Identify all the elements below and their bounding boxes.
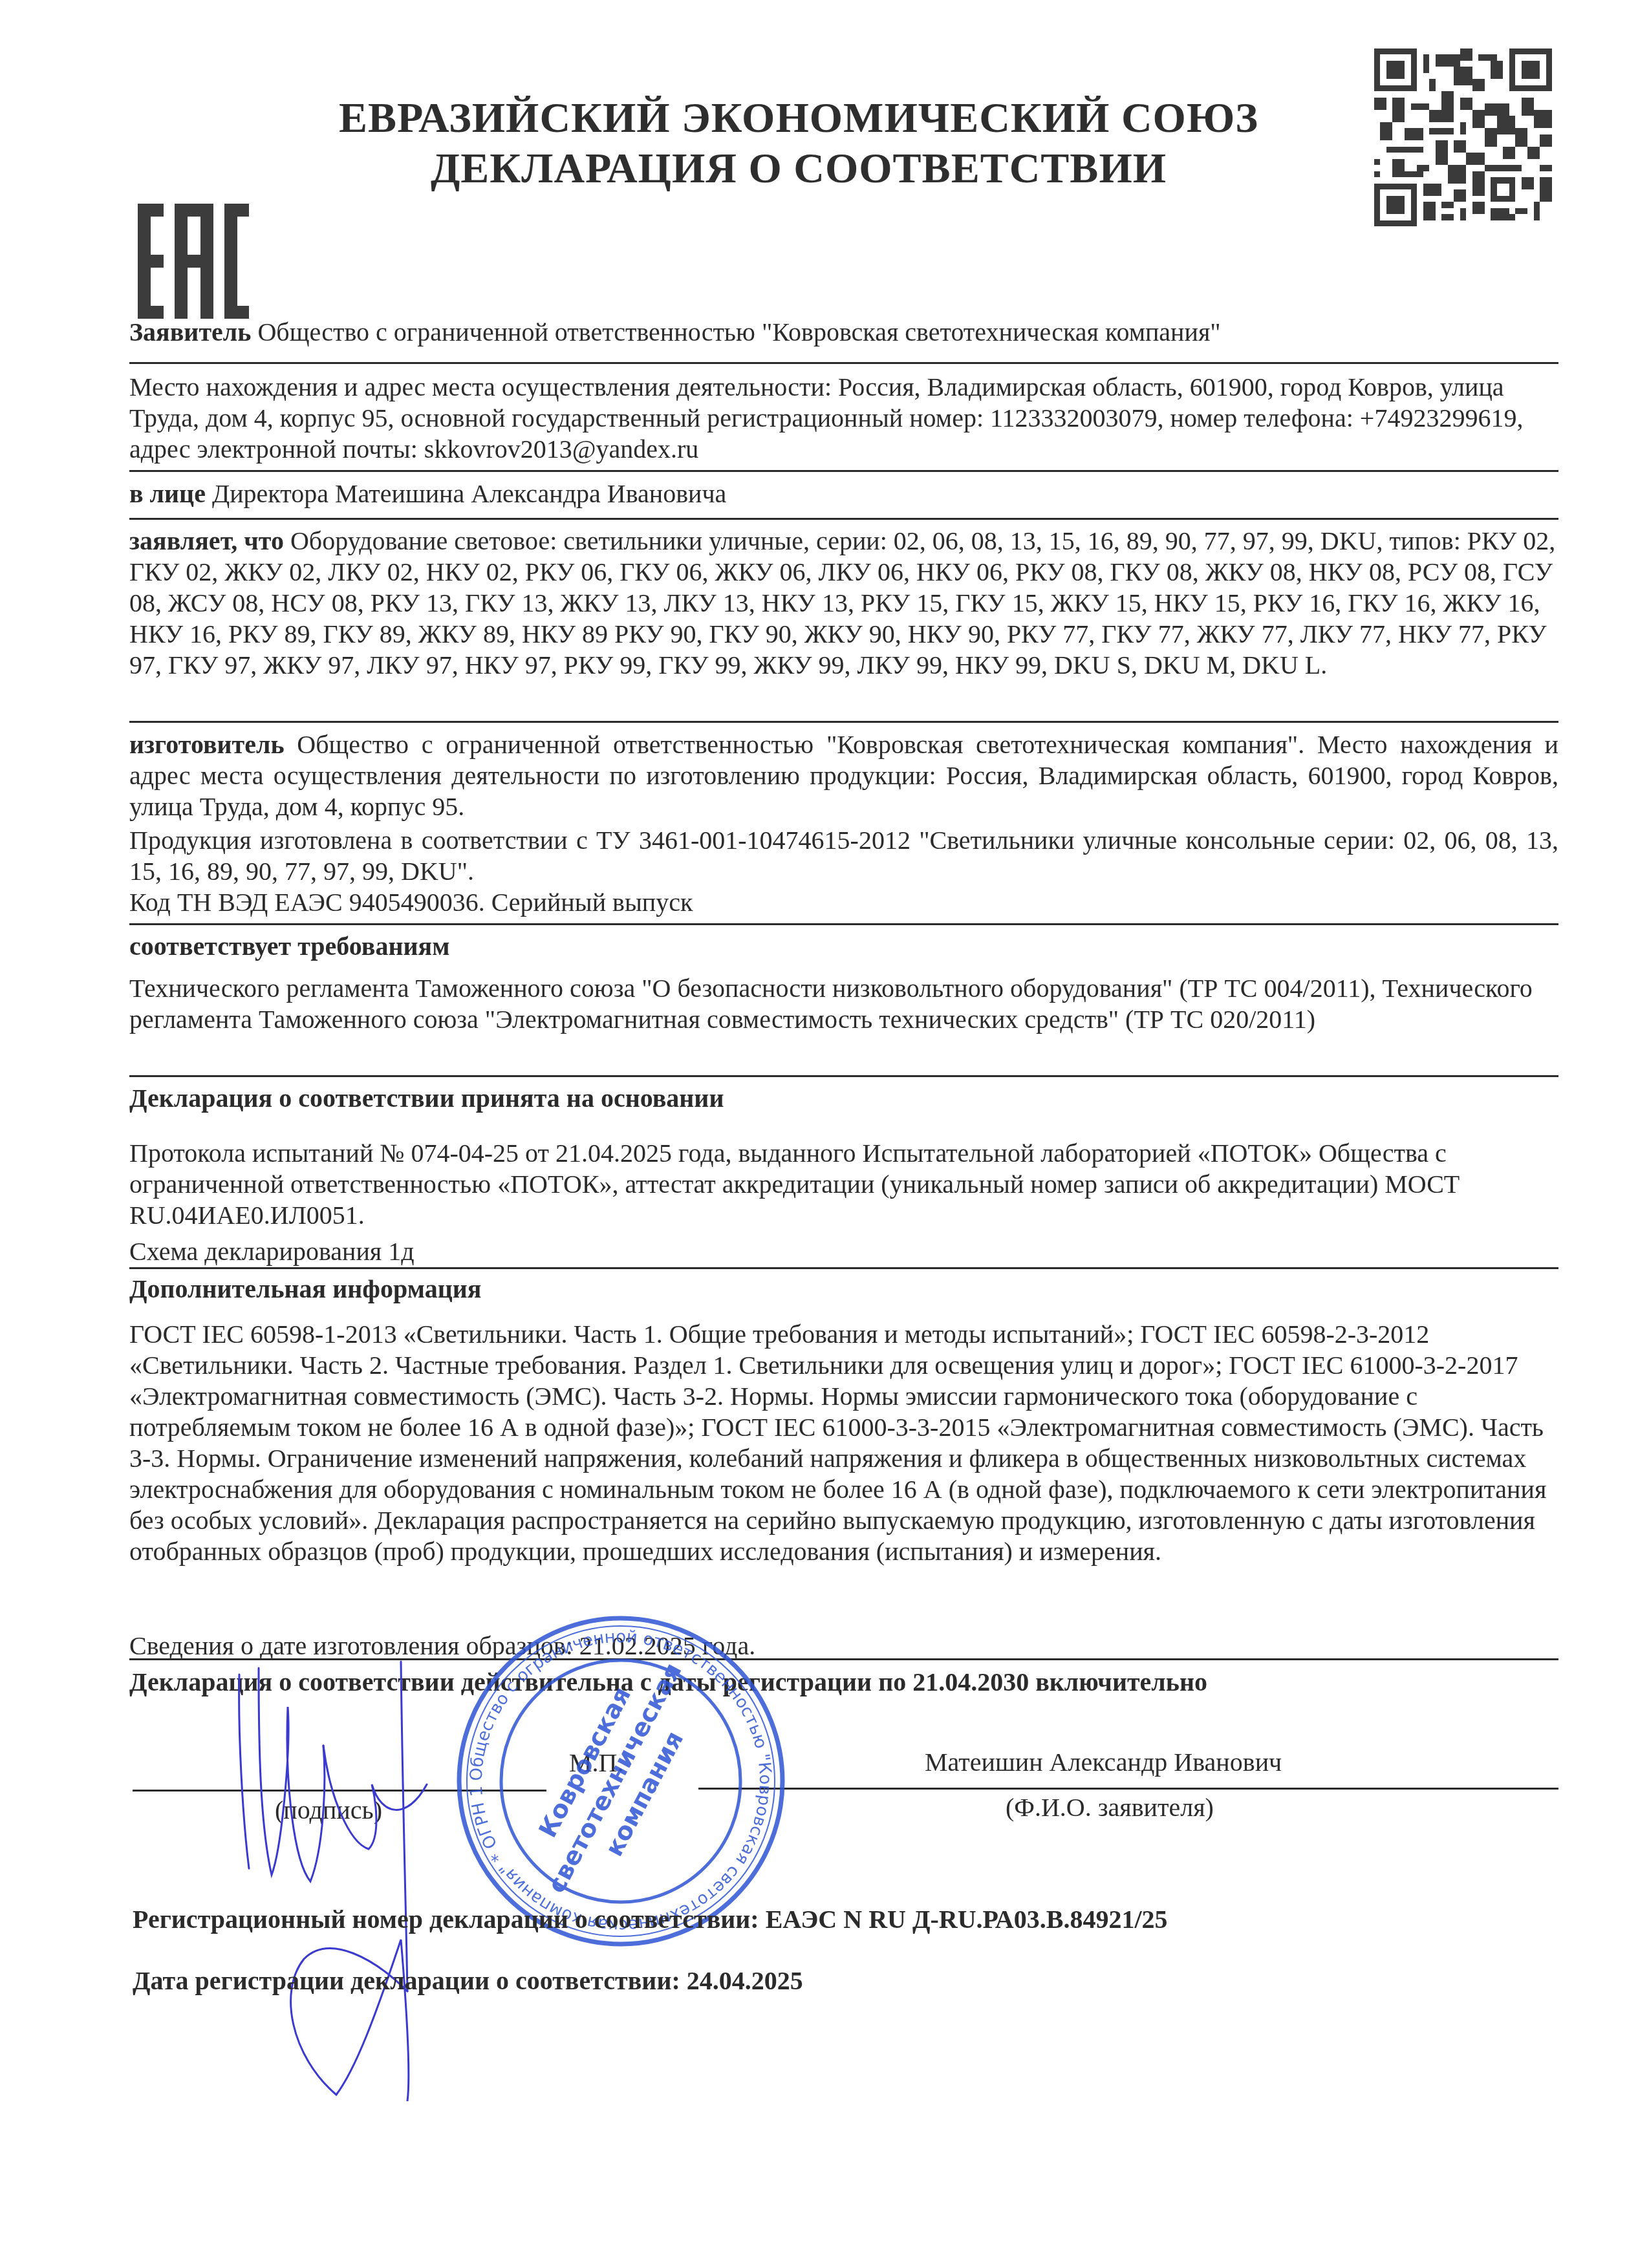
name-line	[698, 1788, 1558, 1790]
registration-date-value: 24.04.2025	[680, 1966, 803, 1995]
registration-date: Дата регистрации декларации о соответств…	[133, 1965, 803, 1996]
divider	[129, 362, 1558, 364]
divider	[129, 923, 1558, 925]
manufacturer-block: изготовитель Общество с ограниченной отв…	[129, 729, 1558, 822]
company-stamp-icon: Общество с ограниченной ответственностью…	[453, 1613, 789, 1949]
registration-number-value: ЕАЭС N RU Д-RU.РА03.В.84921/25	[759, 1905, 1168, 1934]
address-block: Место нахождения и адрес места осуществл…	[129, 372, 1558, 465]
registration-number-label: Регистрационный номер декларации о соотв…	[133, 1905, 759, 1934]
qr-code-icon	[1374, 48, 1552, 226]
handwritten-signature	[213, 1655, 485, 2101]
produced-per-text: Продукция изготовлена в соответствии с Т…	[129, 826, 1558, 886]
additional-text: ГОСТ IEC 60598-1-2013 «Светильники. Част…	[129, 1319, 1558, 1567]
manufacturer-label: изготовитель	[129, 730, 285, 759]
address-text: Место нахождения и адрес места осуществл…	[129, 372, 1523, 464]
registration-number: Регистрационный номер декларации о соотв…	[133, 1904, 1168, 1934]
applicant-line: Заявитель Общество с ограниченной ответс…	[129, 317, 1558, 348]
conforms-heading: соответствует требованиям	[129, 931, 1558, 962]
declares-label: заявляет, что	[129, 526, 284, 555]
declares-value: Оборудование световое: светильники уличн…	[129, 526, 1555, 679]
divider	[129, 721, 1558, 723]
scheme-text: Схема декларирования 1д	[129, 1236, 1558, 1267]
represented-by-line: в лице Директора Матеишина Александра Ив…	[129, 478, 1558, 509]
conforms-text: Технического регламента Таможенного союз…	[129, 973, 1558, 1035]
represented-by-value: Директора Матеишина Александра Ивановича	[206, 479, 726, 508]
signer-caption: (Ф.И.О. заявителя)	[1006, 1792, 1214, 1823]
additional-heading: Дополнительная информация	[129, 1274, 1558, 1305]
basis-heading: Декларация о соответствии принята на осн…	[129, 1083, 1558, 1114]
produced-per-block: Продукция изготовлена в соответствии с Т…	[129, 825, 1558, 887]
applicant-value: Общество с ограниченной ответственностью…	[251, 317, 1220, 347]
signer-name: Матеишин Александр Иванович	[925, 1747, 1282, 1777]
tn-ved-code-text: Код ТН ВЭД ЕАЭС 9405490036. Серийный вып…	[129, 888, 693, 917]
registration-date-label: Дата регистрации декларации о соответств…	[133, 1966, 680, 1995]
manufacturer-value: Общество с ограниченной ответственностью…	[129, 730, 1558, 821]
divider	[129, 1075, 1558, 1077]
tn-ved-code: Код ТН ВЭД ЕАЭС 9405490036. Серийный вып…	[129, 887, 1558, 918]
divider	[129, 470, 1558, 472]
eac-mark-icon	[138, 204, 249, 319]
declares-block: заявляет, что Оборудование световое: све…	[129, 526, 1558, 681]
applicant-label: Заявитель	[129, 317, 251, 347]
basis-text: Протокола испытаний № 074-04-25 от 21.04…	[129, 1138, 1558, 1231]
represented-by-label: в лице	[129, 479, 206, 508]
divider	[129, 1267, 1558, 1269]
divider	[129, 518, 1558, 520]
declaration-page: ЕВРАЗИЙСКИЙ ЭКОНОМИЧЕСКИЙ СОЮЗ ДЕКЛАРАЦИ…	[0, 0, 1649, 2268]
